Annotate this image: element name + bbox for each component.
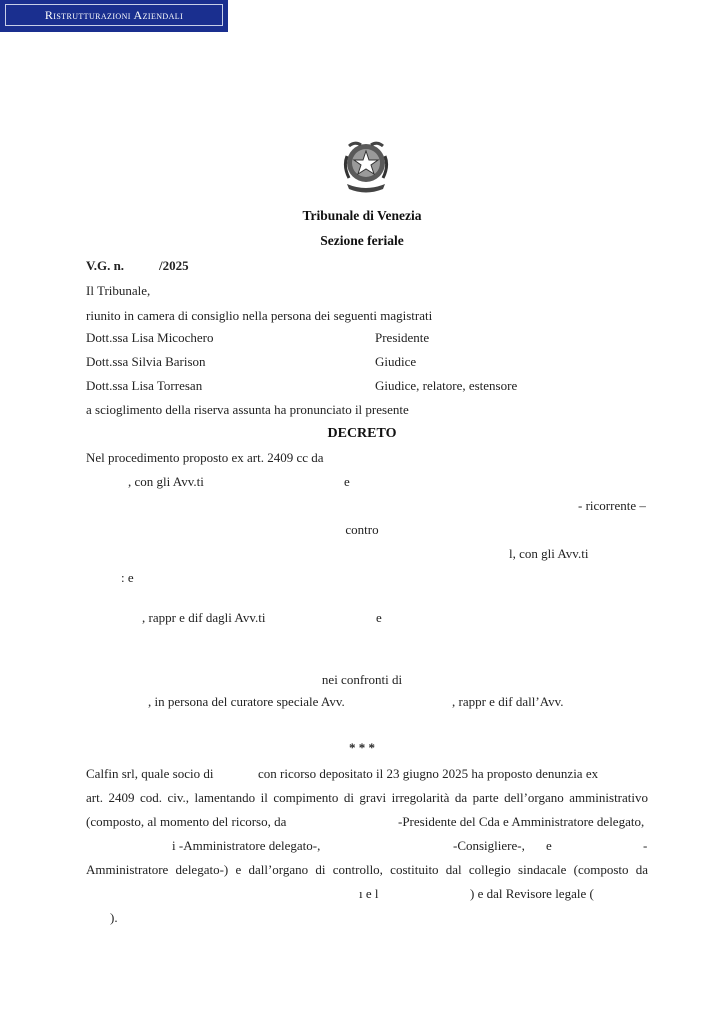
judge-name: Dott.ssa Lisa Torresan bbox=[86, 378, 202, 394]
respondent1-lawyers: l, con gli Avv.ti bbox=[509, 546, 588, 562]
curator-line: , in persona del curatore speciale Avv. bbox=[148, 694, 345, 710]
body-text: -Consigliere-, bbox=[453, 838, 525, 854]
body-text: con ricorso depositato il 23 giugno 2025… bbox=[258, 766, 598, 782]
judge-name: Dott.ssa Lisa Micochero bbox=[86, 330, 213, 346]
judge-role: Presidente bbox=[375, 330, 429, 346]
proceeding-line: Nel procedimento proposto ex art. 2409 c… bbox=[86, 450, 324, 466]
section-name: Sezione feriale bbox=[0, 233, 724, 249]
curator-lawyer: , rappr e dif dall’Avv. bbox=[452, 694, 564, 710]
applicant-lawyers: , con gli Avv.ti bbox=[128, 474, 204, 490]
body-text: art. 2409 cod. civ., lamentando il compi… bbox=[86, 790, 648, 806]
intro-tribunale: Il Tribunale, bbox=[86, 283, 150, 299]
logo-banner: Ristrutturazioni Aziendali bbox=[0, 0, 228, 32]
body-text: Amministratore delegato-) e dall’organo … bbox=[86, 862, 648, 878]
judge-role: Giudice bbox=[375, 354, 416, 370]
applicant-role: - ricorrente – bbox=[578, 498, 646, 514]
respondent2-lawyers: , rappr e dif dagli Avv.ti bbox=[142, 610, 265, 626]
body-text: ) e dal Revisore legale ( bbox=[470, 886, 594, 902]
italian-republic-emblem-icon bbox=[337, 136, 395, 196]
preamble: a scioglimento della riserva assunta ha … bbox=[86, 402, 409, 418]
court-name: Tribunale di Venezia bbox=[0, 208, 724, 224]
vg-number: /2025 bbox=[159, 258, 189, 274]
towards-label: nei confronti di bbox=[0, 672, 724, 688]
against-label: contro bbox=[0, 522, 724, 538]
decree-title: DECRETO bbox=[0, 426, 724, 442]
respondent2-and: e bbox=[376, 610, 382, 626]
judge-role: Giudice, relatore, estensore bbox=[375, 378, 517, 394]
body-text: -Presidente del Cda e Amministratore del… bbox=[398, 814, 644, 830]
section-separator: * * * bbox=[0, 740, 724, 756]
judge-name: Dott.ssa Silvia Barison bbox=[86, 354, 206, 370]
vg-label: V.G. n. bbox=[86, 258, 124, 274]
respondent1-and: : e bbox=[121, 570, 134, 586]
body-text: Calfin srl, quale socio di bbox=[86, 766, 213, 782]
body-text: e bbox=[546, 838, 552, 854]
body-text: - bbox=[643, 838, 647, 854]
intro-magistrates: riunito in camera di consiglio nella per… bbox=[86, 308, 432, 324]
body-text: ı e l bbox=[359, 886, 379, 902]
body-text: i -Amministratore delegato-, bbox=[172, 838, 320, 854]
body-text: ). bbox=[110, 910, 118, 926]
logo-title: Ristrutturazioni Aziendali bbox=[5, 4, 223, 26]
body-text: (composto, al momento del ricorso, da bbox=[86, 814, 286, 830]
applicant-and: e bbox=[344, 474, 350, 490]
